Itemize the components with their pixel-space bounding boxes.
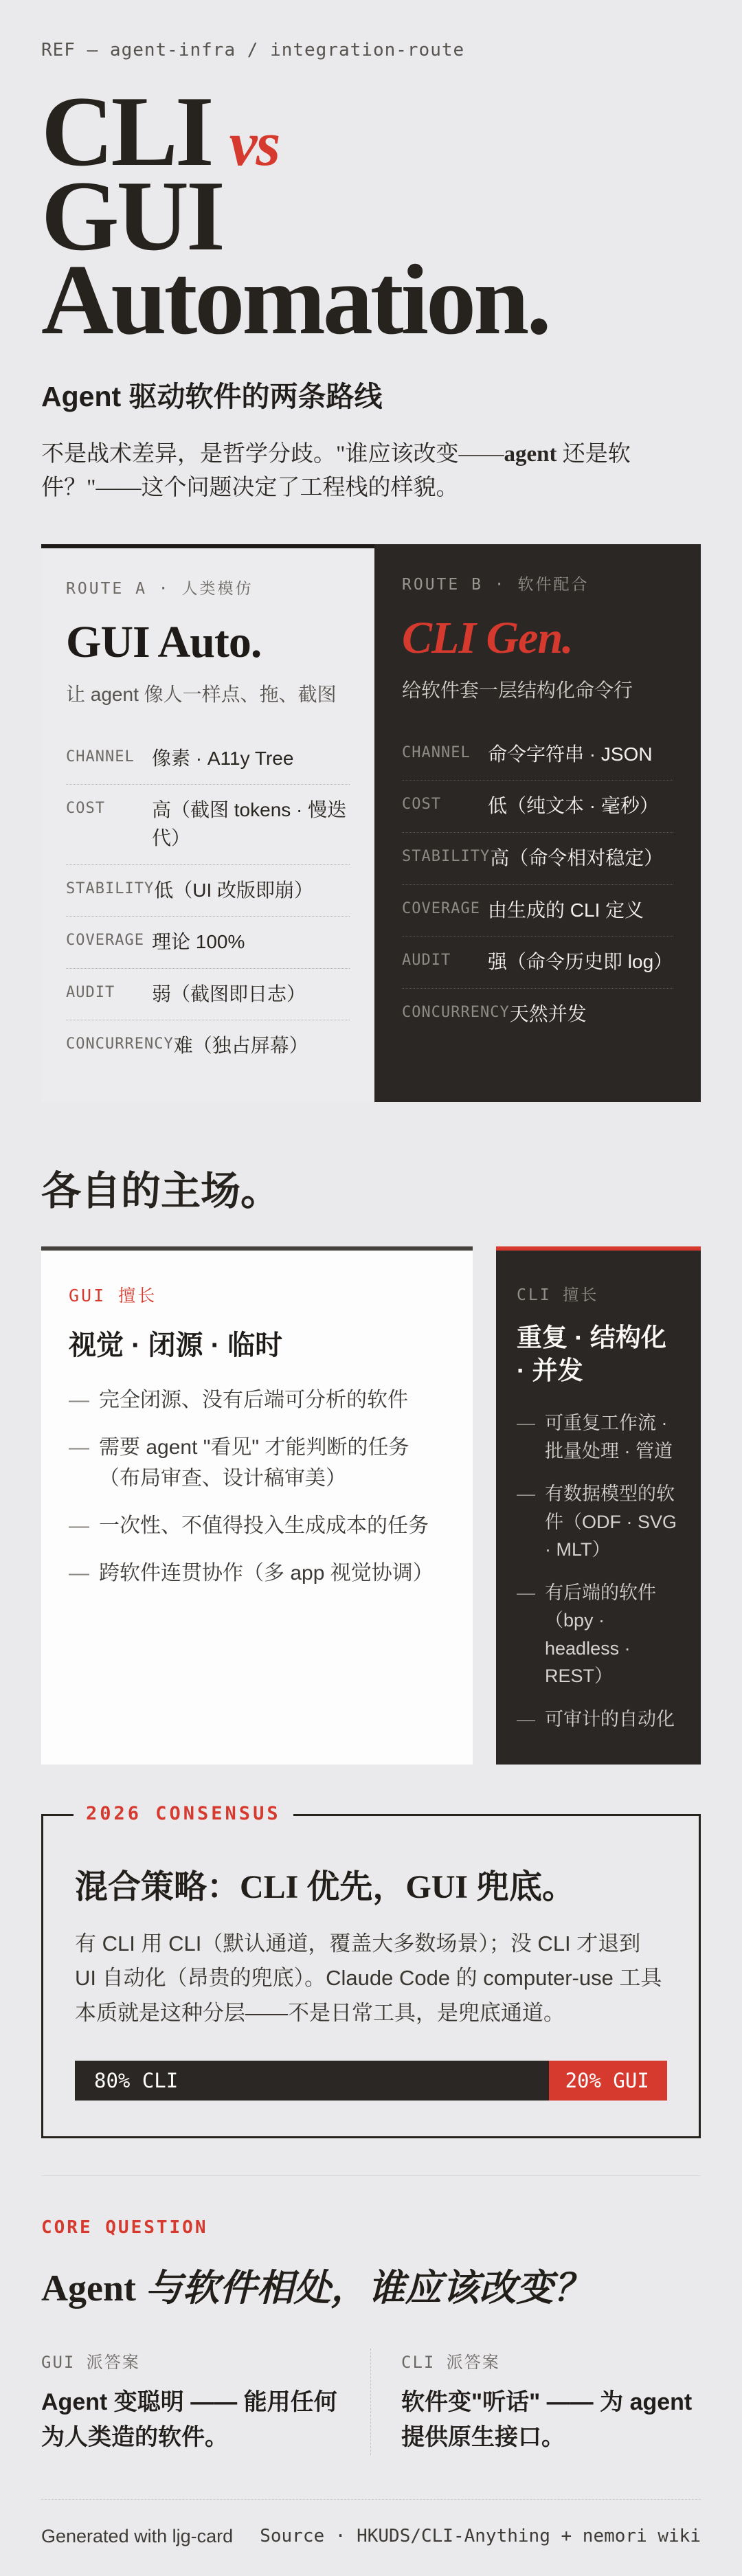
- dash-bullet: —: [517, 1705, 535, 1734]
- consensus-legend: 2026 CONSENSUS: [74, 1803, 293, 1824]
- list-item: —需要 agent "看见" 才能判断的任务（布局审查、设计稿审美）: [69, 1432, 445, 1494]
- spec-label: AUDIT: [66, 981, 152, 1001]
- intro-emphasis: agent: [504, 442, 556, 467]
- route-b-tagline: 给软件套一层结构化命令行: [402, 675, 673, 703]
- table-row: STABILITY 低（UI 改版即崩）: [66, 865, 350, 917]
- list-item: —有数据模型的软件（ODF · SVG · MLT）: [517, 1480, 680, 1564]
- list-item: —有后端的软件（bpy · headless · REST）: [517, 1579, 680, 1690]
- spec-value: 低（UI 改版即崩）: [154, 877, 350, 905]
- table-row: AUDIT 强（命令历史即 log）: [402, 937, 673, 989]
- gui-answer-kicker: GUI 派答案: [41, 2349, 337, 2373]
- spec-value: 难（独占屏幕）: [174, 1032, 350, 1060]
- spec-label: STABILITY: [402, 844, 490, 865]
- dash-bullet: —: [517, 1409, 535, 1465]
- section-title-strengths: 各自的主场。: [41, 1158, 701, 1216]
- gui-strengths-title: 视觉 · 闭源 · 临时: [69, 1323, 445, 1363]
- spec-label: COVERAGE: [66, 928, 152, 949]
- list-item: —一次性、不值得投入生成成本的任务: [69, 1510, 445, 1541]
- spec-label: CHANNEL: [66, 745, 152, 765]
- table-row: STABILITY 高（命令相对稳定）: [402, 833, 673, 885]
- table-row: CONCURRENCY 天然并发: [402, 989, 673, 1040]
- spec-value: 天然并发: [510, 1000, 673, 1029]
- route-comparison: ROUTE A · 人类模仿 GUI Auto. 让 agent 像人一样点、拖…: [41, 544, 701, 1102]
- title-line-3: Automation.: [41, 258, 701, 342]
- cli-answer-column: CLI 派答案 软件变"听话" —— 为 agent 提供原生接口。: [371, 2349, 701, 2455]
- table-row: CONCURRENCY 难（独占屏幕）: [66, 1020, 350, 1072]
- consensus-bar-cli: 80% CLI: [75, 2061, 549, 2101]
- route-b-card: ROUTE B · 软件配合 CLI Gen. 给软件套一层结构化命令行 CHA…: [374, 544, 701, 1102]
- gui-answer-text: Agent 变聪明 —— 能用任何为人类造的软件。: [41, 2385, 337, 2455]
- spec-label: CONCURRENCY: [66, 1032, 174, 1053]
- spec-label: COST: [66, 796, 152, 817]
- route-b-kicker: ROUTE B · 软件配合: [402, 572, 673, 594]
- spec-value: 像素 · A11y Tree: [152, 745, 350, 773]
- spec-label: CHANNEL: [402, 741, 488, 761]
- cli-strengths-card: CLI 擅长 重复 · 结构化 · 并发 —可重复工作流 · 批量处理 · 管道…: [496, 1246, 701, 1765]
- core-question-heading: Agent 与软件相处，谁应该改变？: [41, 2259, 701, 2311]
- spec-value: 高（截图 tokens · 慢迭代）: [152, 796, 350, 852]
- cli-answer-text: 软件变"听话" —— 为 agent 提供原生接口。: [401, 2385, 701, 2455]
- table-row: COST 高（截图 tokens · 慢迭代）: [66, 785, 350, 864]
- gui-answer-column: GUI 派答案 Agent 变聪明 —— 能用任何为人类造的软件。: [41, 2349, 371, 2455]
- spec-value: 由生成的 CLI 定义: [488, 897, 673, 925]
- answers-columns: GUI 派答案 Agent 变聪明 —— 能用任何为人类造的软件。 CLI 派答…: [41, 2349, 701, 2455]
- cli-strengths-title: 重复 · 结构化 · 并发: [517, 1321, 680, 1387]
- consensus-bar-gui: 20% GUI: [549, 2061, 667, 2101]
- dash-bullet: —: [517, 1480, 535, 1564]
- spec-label: COST: [402, 792, 488, 813]
- spec-value: 理论 100%: [152, 928, 350, 956]
- dash-bullet: —: [69, 1558, 89, 1589]
- route-a-tagline: 让 agent 像人一样点、拖、截图: [66, 680, 350, 707]
- cli-strengths-kicker: CLI 擅长: [517, 1282, 680, 1305]
- footer-source: Source · HKUDS/CLI-Anything + nemori wik…: [260, 2526, 701, 2546]
- split-bar: 80% CLI 20% GUI: [75, 2061, 667, 2101]
- route-b-spec-table: CHANNEL 命令字符串 · JSON COST 低（纯文本 · 毫秒） ST…: [402, 729, 673, 1040]
- table-row: COVERAGE 由生成的 CLI 定义: [402, 885, 673, 937]
- spec-label: CONCURRENCY: [402, 1000, 510, 1021]
- core-question-kicker: CORE QUESTION: [41, 2217, 701, 2238]
- table-row: COST 低（纯文本 · 毫秒）: [402, 781, 673, 833]
- gui-strengths-kicker: GUI 擅长: [69, 1282, 445, 1307]
- route-a-card: ROUTE A · 人类模仿 GUI Auto. 让 agent 像人一样点、拖…: [41, 544, 374, 1102]
- spec-value: 强（命令历史即 log）: [488, 948, 673, 976]
- route-a-spec-table: CHANNEL 像素 · A11y Tree COST 高（截图 tokens …: [66, 733, 350, 1072]
- table-row: CHANNEL 命令字符串 · JSON: [402, 729, 673, 781]
- page-subtitle: Agent 驱动软件的两条路线: [41, 374, 701, 414]
- consensus-box: 2026 CONSENSUS 混合策略：CLI 优先，GUI 兜底。 有 CLI…: [41, 1814, 701, 2138]
- gui-strengths-list: —完全闭源、没有后端可分析的软件 —需要 agent "看见" 才能判断的任务（…: [69, 1385, 445, 1589]
- route-b-title: CLI Gen.: [402, 612, 673, 664]
- intro-paragraph: 不是战术差异，是哲学分歧。"谁应该改变——agent 还是软件？"——这个问题决…: [41, 438, 660, 506]
- footer-generated-by: Generated with ljg-card: [41, 2526, 233, 2547]
- strengths-cards: GUI 擅长 视觉 · 闭源 · 临时 —完全闭源、没有后端可分析的软件 —需要…: [41, 1246, 701, 1765]
- table-row: COVERAGE 理论 100%: [66, 917, 350, 969]
- infographic-card: REF — agent-infra / integration-route CL…: [0, 0, 742, 2576]
- route-a-title: GUI Auto.: [66, 616, 350, 669]
- list-item: —可审计的自动化: [517, 1705, 680, 1734]
- consensus-body: 有 CLI 用 CLI（默认通道，覆盖大多数场景）；没 CLI 才退到 UI 自…: [75, 1927, 667, 2030]
- spec-value: 高（命令相对稳定）: [490, 844, 673, 873]
- list-item: —完全闭源、没有后端可分析的软件: [69, 1385, 445, 1415]
- dash-bullet: —: [69, 1432, 89, 1494]
- title-vs: vs: [229, 109, 280, 179]
- spec-value: 命令字符串 · JSON: [488, 741, 673, 769]
- core-question-section: CORE QUESTION Agent 与软件相处，谁应该改变？ GUI 派答案…: [41, 2175, 701, 2455]
- spec-label: AUDIT: [402, 948, 488, 969]
- spec-value: 低（纯文本 · 毫秒）: [488, 792, 673, 820]
- footer: Generated with ljg-card Source · HKUDS/C…: [41, 2499, 701, 2555]
- table-row: AUDIT 弱（截图即日志）: [66, 969, 350, 1021]
- page-title: CLIvs GUI Automation.: [41, 89, 701, 342]
- dash-bullet: —: [69, 1385, 89, 1415]
- cli-strengths-list: —可重复工作流 · 批量处理 · 管道 —有数据模型的软件（ODF · SVG …: [517, 1409, 680, 1733]
- dash-bullet: —: [69, 1510, 89, 1541]
- spec-label: STABILITY: [66, 877, 154, 897]
- consensus-title: 混合策略：CLI 优先，GUI 兜底。: [75, 1860, 667, 1907]
- list-item: —跨软件连贯协作（多 app 视觉协调）: [69, 1558, 445, 1589]
- route-a-kicker: ROUTE A · 人类模仿: [66, 576, 350, 598]
- gui-strengths-card: GUI 擅长 视觉 · 闭源 · 临时 —完全闭源、没有后端可分析的软件 —需要…: [41, 1246, 473, 1765]
- spec-label: COVERAGE: [402, 897, 488, 917]
- table-row: CHANNEL 像素 · A11y Tree: [66, 733, 350, 785]
- cli-answer-kicker: CLI 派答案: [401, 2349, 701, 2373]
- dash-bullet: —: [517, 1579, 535, 1690]
- list-item: —可重复工作流 · 批量处理 · 管道: [517, 1409, 680, 1465]
- breadcrumb: REF — agent-infra / integration-route: [41, 40, 701, 60]
- spec-value: 弱（截图即日志）: [152, 981, 350, 1009]
